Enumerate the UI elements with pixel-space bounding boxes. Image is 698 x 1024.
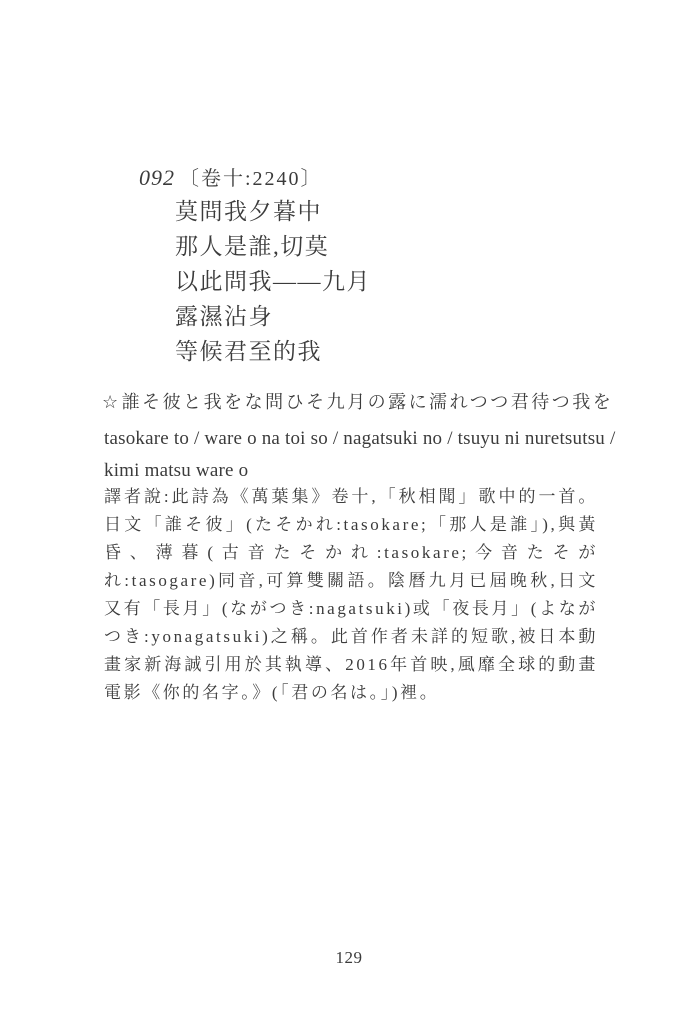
poem-source-ref: 〔卷十:2240〕 (179, 168, 323, 190)
poem-line-2: 那人是誰,切莫 (175, 229, 371, 264)
poem-line-1: 莫問我夕暮中 (175, 194, 371, 229)
poem-romanization: tasokare to / ware o na toi so / nagatsu… (104, 423, 615, 487)
poem-translation: 莫問我夕暮中 那人是誰,切莫 以此問我——九月 露濕沾身 等候君至的我 (175, 194, 371, 369)
poem-number: 092 (139, 165, 175, 190)
translator-note: 譯者說:此詩為《萬葉集》卷十,「秋相聞」歌中的一首。日文「誰そ彼」(たそかれ:t… (104, 483, 598, 707)
poem-original-japanese: ☆誰そ彼と我をな問ひそ九月の露に濡れつつ君待つ我を (102, 390, 613, 414)
romaji-line-1: tasokare to / ware o na toi so / nagatsu… (104, 423, 615, 455)
poem-line-4: 露濕沾身 (175, 299, 371, 334)
poem-header: 092〔卷十:2240〕 (139, 165, 323, 192)
original-japanese-text: 誰そ彼と我をな問ひそ九月の露に濡れつつ君待つ我を (122, 392, 614, 412)
poem-line-5: 等候君至的我 (175, 334, 371, 369)
page-number: 129 (0, 948, 698, 968)
book-page: 092〔卷十:2240〕 莫問我夕暮中 那人是誰,切莫 以此問我——九月 露濕沾… (0, 0, 698, 1024)
poem-line-3: 以此問我——九月 (175, 264, 371, 299)
star-icon: ☆ (102, 390, 121, 414)
